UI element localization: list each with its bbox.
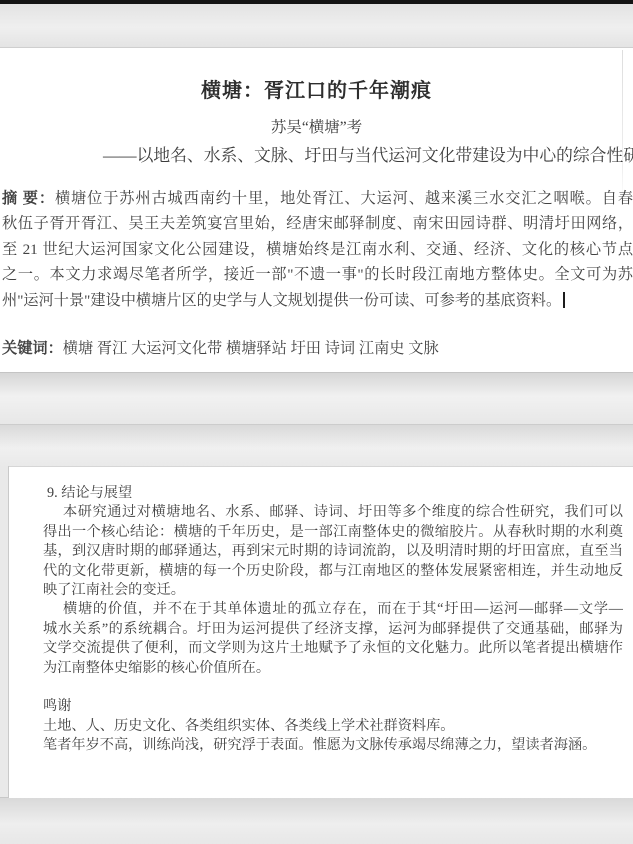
body-line: 为江南整体史缩影的核心价值所在。	[43, 659, 623, 678]
body-line: 本研究通过对横塘地名、水系、邮驿、诗词、圩田等多个维度的综合性研究，我们可以	[43, 503, 623, 522]
app-screen: 横塘：胥江口的千年潮痕 苏吴“横塘”考 ——以地名、水系、文脉、圩田与当代运河文…	[0, 0, 633, 844]
body-line: 城水关系”的系统耦合。圩田为运河提供了经济支撑，运河为邮驿提供了交通基础，邮驿为	[43, 620, 623, 639]
abstract-paragraph: 摘 要：横塘位于苏州古城西南约十里，地处胥江、大运河、越来溪三水交汇之咽喉。自春…	[2, 186, 633, 313]
abstract-line-text: 横塘位于苏州古城西南约十里，地处胥江、大运河、越来溪三水交汇之咽喉。自春	[55, 190, 633, 207]
abstract-line: 至 21 世纪大运河国家文化公园建设，横塘始终是江南水利、交通、经济、文化的核心…	[2, 237, 633, 262]
abstract-line: 摘 要：横塘位于苏州古城西南约十里，地处胥江、大运河、越来溪三水交汇之咽喉。自春	[2, 186, 633, 211]
acknowledgements-line: 土地、人、历史文化、各类组织实体、各类线上学术社群资料库。	[43, 717, 623, 736]
text-cursor	[563, 292, 565, 308]
body-line: 文学交流提供了便利，而文学则为这片土地赋予了永恒的文化魅力。此所以笔者提出横塘作	[43, 639, 623, 658]
page-gap-upper	[0, 372, 633, 425]
acknowledgements-line: 笔者年岁不高，训练尚浅，研究浮于表面。惟愿为文脉传承竭尽绵薄之力，望读者海涵。	[43, 736, 623, 755]
body-line: 横塘的价值，并不在于其单体遗址的孤立存在，而在于其“圩田—运河—邮驿—文学—	[43, 600, 623, 619]
workspace-gray-bottom	[0, 797, 633, 844]
workspace-gray-top	[0, 4, 633, 48]
abstract-line: 之一。本文力求竭尽笔者所学，接近一部"不遗一事"的长时段江南地方整体史。全文可为…	[2, 262, 633, 287]
blank-line	[43, 678, 623, 697]
keywords-label: 关键词：	[2, 340, 63, 357]
document-title: 横塘：胥江口的千年潮痕	[0, 74, 633, 103]
abstract-line: 秋伍子胥开胥江、吴王夫差筑宴宫里始，经唐宋邮驿制度、南宋田园诗群、明清圩田网络，	[2, 211, 633, 236]
abstract-line-text: 州"运河十景"建设中横塘片区的史学与人文规划提供一份可读、可参考的基底资料。	[2, 292, 561, 309]
page2-left-margin	[0, 466, 9, 797]
body-line: 得出一个核心结论：横塘的千年历史，是一部江南整体史的微缩胶片。从春秋时期的水利奠	[43, 523, 623, 542]
abstract-line: 州"运河十景"建设中横塘片区的史学与人文规划提供一份可读、可参考的基底资料。	[2, 288, 633, 313]
acknowledgements-heading: 鸣谢	[43, 697, 623, 716]
keywords-text: 横塘 胥江 大运河文化带 横塘驿站 圩田 诗词 江南史 文脉	[63, 340, 439, 357]
document-subtitle: 苏吴“横塘”考	[0, 115, 633, 137]
conclusion-section: 9. 结论与展望 本研究通过对横塘地名、水系、邮驿、诗词、圩田等多个维度的综合性…	[43, 484, 623, 755]
body-line: 基，到汉唐时期的邮驿通达，再到宋元时期的诗词流韵，以及明清时期的圩田富庶，直至当	[43, 542, 623, 561]
section-heading: 9. 结论与展望	[43, 484, 623, 503]
document-subtitle-line2: ——以地名、水系、文脉、圩田与当代运河文化带建设为中心的综合性研究	[103, 142, 633, 166]
keywords-line: 关键词：横塘 胥江 大运河文化带 横塘驿站 圩田 诗词 江南史 文脉	[2, 337, 633, 358]
body-line: 代的文化带更新，横塘的每一个历史阶段，都与江南地区的整体发展紧密相连，并生动地反	[43, 562, 623, 581]
page-gap-lower	[0, 424, 633, 468]
abstract-label: 摘 要：	[2, 190, 55, 207]
body-line: 映了江南社会的变迁。	[43, 581, 623, 600]
